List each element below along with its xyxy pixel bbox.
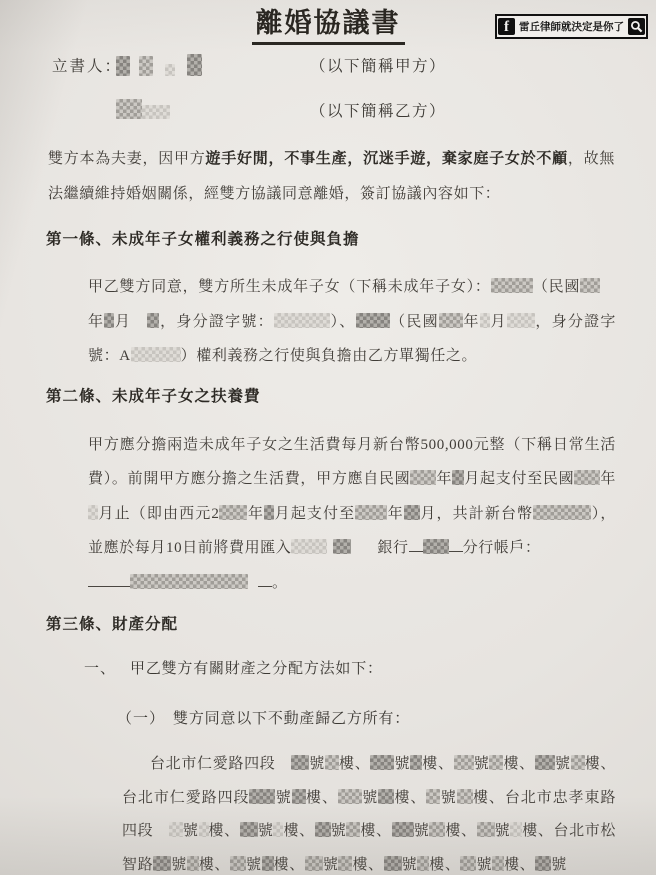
redaction-block — [88, 505, 98, 520]
redaction-block — [346, 822, 360, 837]
article-2-heading: 第二條、未成年子女之扶養費 — [46, 384, 261, 406]
text-run: 號 — [275, 790, 291, 806]
redaction-block — [273, 822, 283, 837]
text-run: 號 — [171, 857, 187, 873]
party-b-name-redaction — [116, 99, 170, 120]
redaction-block — [315, 822, 331, 837]
text-run: 號 — [474, 756, 490, 772]
text-run: 銀行 — [377, 540, 408, 556]
redaction-block — [116, 56, 130, 76]
text-run: 號 — [246, 857, 262, 873]
redaction-block — [533, 505, 591, 520]
document-photo: 離婚協議書 f 雷丘律師就決定是你了 立書人： （以下簡稱甲方） （以下簡稱乙方… — [0, 0, 656, 875]
text-run: 樓、 — [306, 790, 338, 806]
redaction-block — [580, 278, 600, 293]
spacer — [175, 71, 187, 72]
text-run: 年 — [387, 506, 404, 522]
search-icon — [628, 18, 645, 35]
blank-underline — [88, 574, 130, 587]
redaction-block — [454, 755, 474, 770]
redaction-block — [153, 856, 171, 871]
badge-label: 雷丘律師就決定是你了 — [517, 19, 626, 34]
text-run: 號 — [258, 823, 274, 839]
text-run: 號 — [331, 823, 347, 839]
redaction-block — [116, 99, 142, 119]
text-run: 樓、 — [503, 756, 534, 772]
text-run: 年 — [600, 471, 616, 487]
text-run: 號 — [323, 857, 339, 873]
text-run: 號 — [440, 790, 456, 806]
text-run: 樓、 — [274, 857, 305, 873]
redaction-block — [338, 789, 362, 804]
fb-page-badge: f 雷丘律師就決定是你了 — [495, 14, 648, 39]
text-run: 分行帳戶： — [463, 540, 541, 556]
text-run: 號 — [414, 823, 430, 839]
list-item-text: 甲乙雙方有關財產之分配方法如下： — [130, 661, 383, 677]
party-a-alias: （以下簡稱甲方） — [310, 54, 446, 76]
redaction-block — [219, 505, 247, 520]
text-run: 號 — [394, 756, 410, 772]
redaction-block — [404, 505, 420, 520]
redaction-block — [507, 313, 535, 328]
redaction-block — [417, 856, 429, 871]
text-run: 樓、 — [352, 857, 383, 873]
redaction-block — [291, 755, 309, 770]
redaction-block — [291, 539, 327, 554]
text-run: 樓、 — [445, 823, 476, 839]
text-run: 月止（即由西元2 — [98, 506, 219, 522]
text-run: 號 — [183, 823, 199, 839]
redaction-block — [392, 822, 414, 837]
redaction-block — [305, 856, 323, 871]
redaction-block — [199, 822, 209, 837]
spacer — [248, 586, 258, 587]
text-run: （民國 — [533, 279, 581, 295]
spacer — [351, 551, 377, 552]
text-run: 樓、 — [209, 823, 240, 839]
text-run: 台北市仁愛路四段 — [150, 756, 291, 772]
redaction-block — [338, 856, 352, 871]
redaction-block — [460, 856, 476, 871]
list-item-number: 一、 — [84, 661, 116, 677]
text-run: 月起支付至 — [274, 506, 355, 522]
text-run: 月起支付至民國 — [464, 471, 574, 487]
text-run: 號 — [551, 857, 567, 873]
blank-underline — [409, 539, 423, 552]
redaction-block — [410, 755, 422, 770]
text-run: 號 — [476, 857, 492, 873]
text-run: ，身分證字號： — [159, 314, 273, 330]
text-run: 樓、 — [429, 857, 460, 873]
text-run: 樓、 — [283, 823, 314, 839]
party-a-name-redaction — [116, 54, 202, 77]
redaction-block — [142, 105, 170, 119]
text-run: 月，共計新台幣 — [420, 506, 533, 522]
article-1-body: 甲乙雙方同意，雙方所生未成年子女（下稱未成年子女）：（民國 年月 ，身分證字號：… — [88, 270, 616, 374]
redaction-block — [410, 470, 436, 485]
text-run: 樓、 — [199, 857, 230, 873]
party-b-alias: （以下簡稱乙方） — [310, 99, 446, 121]
redaction-block — [378, 789, 394, 804]
text-run: 樓、 — [360, 823, 391, 839]
redaction-block — [356, 313, 390, 328]
address-paragraph: 台北市仁愛路四段 號樓、號樓、號樓、號樓、台北市仁愛路四段號樓、號樓、號樓、台北… — [122, 748, 616, 875]
redaction-block — [535, 856, 551, 871]
redaction-block — [510, 822, 522, 837]
text-run: 號 — [555, 756, 571, 772]
spacer — [153, 71, 165, 72]
redaction-block — [230, 856, 246, 871]
redaction-block — [240, 822, 258, 837]
text-run: 樓、 — [422, 756, 453, 772]
redaction-block — [384, 856, 402, 871]
redaction-block — [262, 856, 274, 871]
article-3-heading: 第三條、財產分配 — [46, 612, 178, 634]
party-label: 立書人： — [52, 54, 122, 76]
text-run: ） — [591, 506, 600, 522]
redaction-block — [457, 789, 473, 804]
text-run: 月 — [114, 314, 147, 330]
sublist-item-number: （一） — [117, 711, 165, 727]
blank-underline — [258, 574, 272, 587]
redaction-block — [264, 505, 274, 520]
page-title: 離婚協議書 — [252, 1, 405, 45]
redaction-block — [355, 505, 387, 520]
text-run: 。 — [272, 575, 288, 591]
preamble-paragraph: 雙方本為夫妻，因甲方遊手好閒，不事生產，沉迷手遊，棄家庭子女於不顧，故無法繼續維… — [48, 142, 615, 212]
text-run: 號 — [309, 756, 325, 772]
redaction-block — [489, 755, 503, 770]
redaction-block — [187, 54, 202, 76]
article-3-item-1: 一、甲乙雙方有關財產之分配方法如下： — [84, 657, 383, 678]
redaction-block — [370, 755, 394, 770]
redaction-block — [423, 539, 449, 554]
redaction-block — [165, 64, 175, 76]
spacer — [130, 71, 139, 72]
redaction-block — [429, 822, 445, 837]
redaction-block — [535, 755, 555, 770]
text-run: 號 — [495, 823, 511, 839]
text-run: 樓、 — [394, 790, 426, 806]
redaction-block — [333, 539, 351, 554]
text-run: 號 — [402, 857, 418, 873]
redaction-block — [491, 278, 533, 293]
redaction-block — [131, 347, 181, 362]
redaction-block — [477, 822, 495, 837]
redaction-block — [274, 313, 330, 328]
redaction-block — [325, 755, 339, 770]
bold-text-run: 遊手好閒，不事生產，沉迷手遊，棄家庭子女於不顧 — [206, 151, 568, 167]
text-run: 月 — [490, 314, 507, 330]
redaction-block — [249, 789, 275, 804]
article-2-body: 甲方應分擔兩造未成年子女之生活費每月新台幣500,000元整（下稱日常生活費）。… — [88, 428, 616, 600]
text-run: 樓、 — [504, 857, 535, 873]
redaction-block — [187, 856, 199, 871]
redaction-block — [452, 470, 464, 485]
redaction-block — [480, 313, 490, 328]
facebook-icon: f — [498, 18, 515, 35]
redaction-block — [169, 822, 183, 837]
blank-underline — [449, 539, 463, 552]
text-run: 樓、 — [339, 756, 370, 772]
text-run: 年 — [463, 314, 480, 330]
article-3-subitem-1: （一）雙方同意以下不動產歸乙方所有： — [117, 707, 410, 728]
text-run: 甲乙雙方同意，雙方所生未成年子女（下稱未成年子女）： — [88, 279, 491, 295]
redaction-block — [139, 56, 153, 76]
text-run: 號 — [362, 790, 378, 806]
redaction-block — [292, 789, 306, 804]
text-run: （民國 — [390, 314, 439, 330]
redaction-block — [426, 789, 440, 804]
party-a-row: 立書人： （以下簡稱甲方） — [0, 54, 656, 80]
redaction-block — [104, 313, 114, 328]
text-run: 雙方本為夫妻，因甲方 — [48, 151, 206, 167]
redaction-block — [439, 313, 463, 328]
text-run: ）權利義務之行使與負擔由乙方單獨任之。 — [181, 348, 477, 364]
redaction-block — [147, 313, 159, 328]
article-1-heading: 第一條、未成年子女權利義務之行使與負擔 — [46, 227, 360, 249]
text-run: 年 — [247, 506, 264, 522]
redaction-block — [130, 574, 248, 589]
party-b-row: （以下簡稱乙方） — [0, 99, 656, 125]
text-run: 年 — [436, 471, 452, 487]
text-run: ）、 — [330, 314, 356, 330]
sublist-item-text: 雙方同意以下不動產歸乙方所有： — [173, 711, 410, 727]
redaction-block — [574, 470, 600, 485]
redaction-block — [571, 755, 585, 770]
redaction-block — [492, 856, 504, 871]
